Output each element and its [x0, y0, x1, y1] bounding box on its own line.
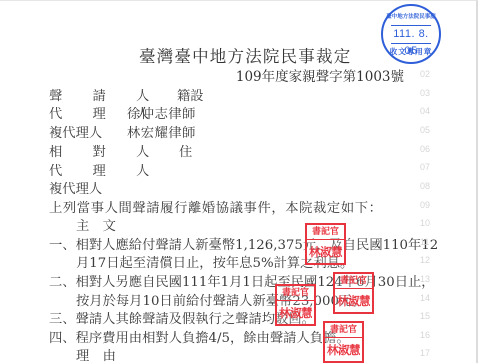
- intro-text: 上列當事人間聲請履行離婚協議事件，本院裁定如下：: [49, 197, 383, 216]
- line-number: 03: [420, 88, 430, 98]
- party-value: 林宏耀律師: [127, 122, 196, 141]
- stamp-title: 書記官: [325, 324, 362, 338]
- ruling-item-2-cont: 按月於每月10日前給付聲請人新臺幣23,000元。: [76, 290, 366, 309]
- stamp-name: 林淑慧: [277, 302, 314, 324]
- stamp-title: 書記官: [335, 275, 372, 289]
- ruling-item-1: 一、相對人應給付聲請人新臺幣1,126,375元，及自民國110年12: [49, 234, 438, 253]
- line-number: 08: [420, 181, 430, 191]
- stamp-name: 林淑慧: [325, 339, 362, 361]
- ruling-item-2: 二、相對人另應自民國111年1月1日起至民國124年6月30日止，: [49, 271, 435, 290]
- item-prefix: 三、: [49, 312, 76, 327]
- line-number: 09: [420, 200, 430, 210]
- line-number: 12: [420, 255, 430, 265]
- stamp-title: 書記官: [277, 287, 314, 301]
- line-number: 14: [420, 293, 430, 303]
- party-value: 籍設: [177, 85, 204, 104]
- line-number: 06: [420, 144, 430, 154]
- line-number: 10: [420, 218, 430, 228]
- party-value: 徐仲志律師: [127, 103, 196, 122]
- party-row-respondent-sub-agent: 複代理人: [49, 178, 102, 197]
- line-number: 13: [420, 274, 430, 284]
- seal-date: 111. 8. 05: [391, 25, 431, 44]
- clerk-stamp: 書記官 林淑慧: [275, 284, 316, 326]
- line-number: 04: [420, 106, 430, 116]
- receipt-seal: 臺中地方法院民事庭 111. 8. 05 收文專用章: [381, 4, 441, 64]
- line-number: 17: [420, 348, 430, 358]
- party-row-applicant: 聲 請 人 籍設: [49, 85, 162, 104]
- seal-top-text: 臺中地方法院民事庭: [383, 12, 439, 20]
- clerk-stamp: 書記官 林淑慧: [323, 321, 364, 363]
- party-row-agent: 代 理 人 徐仲志律師: [49, 103, 162, 122]
- line-number: 07: [420, 162, 430, 172]
- item-prefix: 四、: [49, 331, 76, 346]
- party-value: 住: [179, 141, 192, 160]
- line-number: 11: [420, 237, 429, 247]
- party-row-respondent: 相 對 人 住: [49, 141, 162, 160]
- item-line: 相對人應給付聲請人新臺幣1,126,375元，及自民國110年12: [76, 238, 439, 253]
- item-line: 程序費用由相對人負擔4/5，餘由聲請人負擔。: [76, 331, 350, 346]
- stamp-name: 林淑慧: [307, 241, 344, 263]
- stamp-title: 書記官: [307, 226, 344, 240]
- party-row-respondent-agent: 代 理 人: [49, 160, 162, 179]
- item-prefix: 一、: [49, 238, 76, 253]
- clerk-stamp: 書記官 林淑慧: [333, 272, 374, 314]
- seal-bottom-text: 收文專用章: [383, 46, 439, 57]
- party-label: 複代理人: [49, 178, 102, 197]
- party-label: 聲 請 人: [49, 85, 162, 104]
- item-prefix: 二、: [49, 275, 76, 290]
- document-page: 臺灣臺中地方法院民事裁定 109年度家親聲字第1003號 聲 請 人 籍設 代 …: [0, 0, 478, 363]
- item-line: 相對人另應自民國111年1月1日起至民國124年6月30日止，: [76, 275, 435, 290]
- line-number: 15: [420, 311, 430, 321]
- line-number: 05: [420, 125, 430, 135]
- main-heading: 主 文: [76, 215, 116, 234]
- line-number: 16: [420, 330, 430, 340]
- party-label: 相 對 人: [49, 141, 162, 160]
- party-label: 複代理人: [49, 122, 102, 141]
- case-number: 109年度家親聲字第1003號: [236, 65, 404, 85]
- clerk-stamp: 書記官 林淑慧: [305, 223, 346, 265]
- party-row-sub-agent: 複代理人 林宏耀律師: [49, 122, 102, 141]
- party-label: 代 理 人: [49, 160, 162, 179]
- line-number: 02: [420, 69, 430, 79]
- document-title: 臺灣臺中地方法院民事裁定: [139, 43, 351, 67]
- stamp-name: 林淑慧: [335, 290, 372, 312]
- ruling-item-4: 四、程序費用由相對人負擔4/5，餘由聲請人負擔。: [49, 327, 350, 346]
- reason-heading: 理 由: [76, 345, 116, 363]
